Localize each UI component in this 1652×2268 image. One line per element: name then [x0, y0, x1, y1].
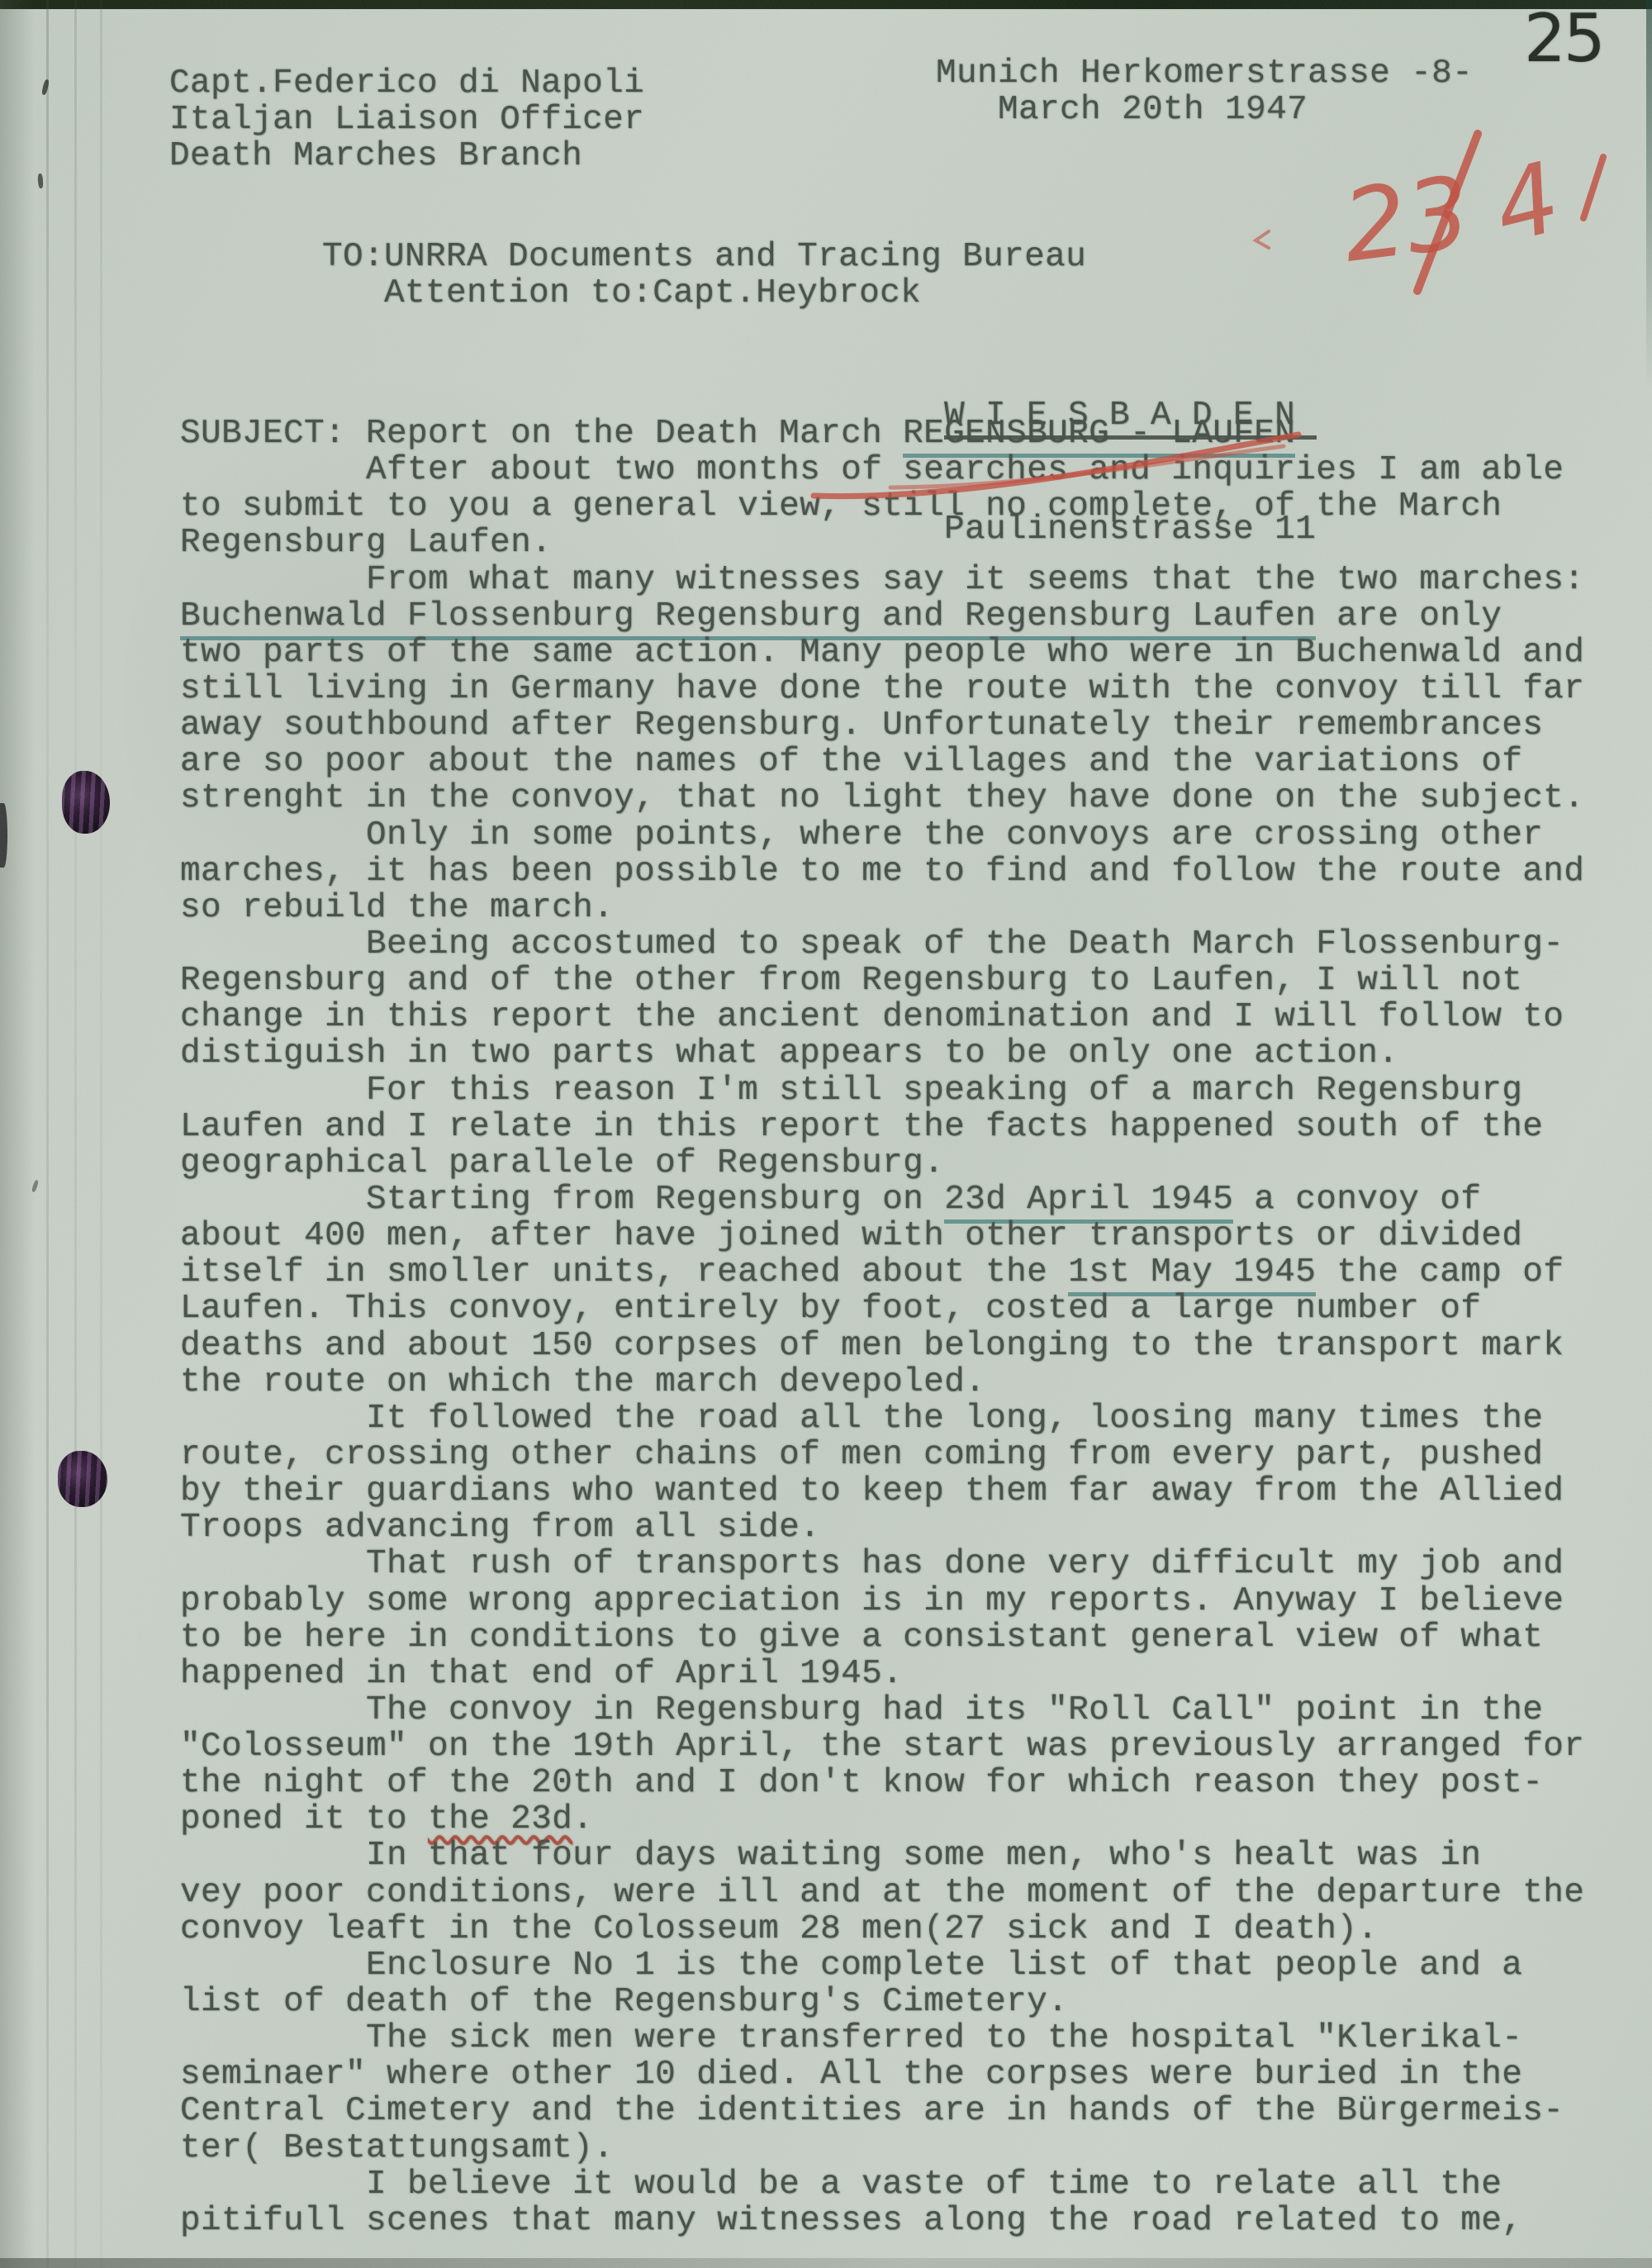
page-number: 25 [1524, 0, 1603, 77]
text-line: ter( Bestattungsamt). [180, 2130, 1584, 2166]
text-line: so rebuild the march. [180, 890, 1584, 926]
dateline-block: Munich Herkomerstrasse -8- March 20th 19… [936, 55, 1473, 127]
text-line: seminaer" where other 10 died. All the c… [180, 2056, 1584, 2093]
text-line: Capt.Federico di Napoli [169, 64, 644, 101]
recipient-block: TO:UNRRA Documents and Tracing Bureau At… [322, 238, 1086, 311]
text-line: Regensburg Laufen. [180, 525, 1584, 561]
text-line: Troops advancing from all side. [180, 1510, 1584, 1546]
text-line: itself in smoller units, reached about t… [180, 1254, 1584, 1291]
text-line: distiguish in two parts what appears to … [180, 1035, 1584, 1072]
text-line: two parts of the same action. Many peopl… [180, 635, 1584, 671]
text-line: list of death of the Regensburg's Cimete… [180, 1984, 1584, 2020]
text-line: For this reason I'm still speaking of a … [180, 1072, 1584, 1109]
text-line: From what many witnesses say it seems th… [180, 562, 1584, 598]
text-line: Attention to:Capt.Heybrock [322, 274, 1086, 311]
text-line: It followed the road all the long, loosi… [180, 1400, 1584, 1437]
text-line: Buchenwald Flossenburg Regensburg and Re… [180, 598, 1584, 635]
text-line: I believe it would be a vaste of time to… [180, 2166, 1584, 2203]
text-line: away southbound after Regensburg. Unfort… [180, 707, 1584, 744]
text-line: Death Marches Branch [169, 137, 644, 174]
text-line: Laufen and I relate in this report the f… [180, 1109, 1584, 1145]
text-line: Italjan Liaison Officer [169, 101, 644, 137]
text-line: Enclosure No 1 is the complete list of t… [180, 1947, 1584, 1984]
text-line: Laufen. This convoy, entirely by foot, c… [180, 1291, 1584, 1327]
text-line: The sick men were transferred to the hos… [180, 2020, 1584, 2056]
scan-edge-bottom [0, 2258, 1652, 2268]
scan-edge-right [1646, 0, 1652, 388]
sender-block: Capt.Federico di NapoliItaljan Liaison O… [169, 64, 644, 174]
text-line: TO:UNRRA Documents and Tracing Bureau [322, 238, 1086, 274]
text-line: geographical parallele of Regensburg. [180, 1145, 1584, 1182]
folio-stamp-23: 23 [1337, 155, 1477, 285]
letter-body: SUBJECT: Report on the Death March REGEN… [180, 416, 1584, 2239]
text-line: the night of the 20th and I don't know f… [180, 1765, 1584, 1801]
paper-fold-line [74, 0, 77, 2268]
document-page: 25 Capt.Federico di NapoliItaljan Liaiso… [0, 0, 1652, 2268]
text-line: Regensburg and of the other from Regensb… [180, 963, 1584, 999]
text-line: March 20th 1947 [936, 91, 1473, 127]
text-line: to be here in conditions to give a consi… [180, 1619, 1584, 1656]
text-line: "Colosseum" on the 19th April, the start… [180, 1728, 1584, 1765]
scan-edge-top [0, 0, 1652, 9]
text-line: are so poor about the names of the villa… [180, 744, 1584, 780]
underlined-text: the 23d [428, 1800, 572, 1838]
hole-punch [58, 1451, 107, 1507]
text-line: change in this report the ancient denomi… [180, 999, 1584, 1035]
text-line: Starting from Regensburg on 23d April 19… [180, 1182, 1584, 1218]
text-line: by their guardians who wanted to keep th… [180, 1473, 1584, 1510]
text-line: the route on which the march devepoled. [180, 1364, 1584, 1400]
text-line: strenght in the convoy, that no light th… [180, 780, 1584, 816]
left-shadow-band [0, 0, 35, 2268]
text-line: vey poor conditions, were ill and at the… [180, 1875, 1584, 1911]
hole-punch [62, 771, 110, 834]
text-line: probably some wrong appreciation is in m… [180, 1583, 1584, 1619]
text-line: Only in some points, where the convoys a… [180, 817, 1584, 853]
text-line: pitifull scenes that many witnesses alon… [180, 2203, 1584, 2239]
text-line: Beeing accostumed to speak of the Death … [180, 926, 1584, 963]
text-line: Munich Herkomerstrasse -8- [936, 55, 1473, 91]
ink-mark [37, 174, 43, 188]
text-line: deaths and about 150 corpses of men belo… [180, 1328, 1584, 1364]
text-line: Central Cimetery and the identities are … [180, 2093, 1584, 2129]
text-line: In that four days waiting some men, who'… [180, 1838, 1584, 1874]
text-line: route, crossing other chains of men comi… [180, 1437, 1584, 1473]
paper-fold-line [46, 0, 49, 2268]
text-line: After about two months of searches and i… [180, 452, 1584, 488]
text-line: still living in Germany have done the ro… [180, 671, 1584, 707]
text-line: to submit to you a general view, still n… [180, 488, 1584, 525]
text-line: The convoy in Regensburg had its "Roll C… [180, 1692, 1584, 1728]
paper-fold-line [100, 0, 102, 2268]
text-line: about 400 men, after have joined with ot… [180, 1218, 1584, 1254]
text-line: That rush of transports has done very di… [180, 1546, 1584, 1582]
text-line: poned it to the 23d. [180, 1801, 1584, 1838]
text-line: happened in that end of April 1945. [180, 1656, 1584, 1692]
text-line: SUBJECT: Report on the Death March REGEN… [180, 416, 1584, 452]
text-line: convoy leaft in the Colosseum 28 men(27 … [180, 1911, 1584, 1947]
folio-stamp-4: 4 [1483, 140, 1570, 265]
text-line: marches, it has been possible to me to f… [180, 853, 1584, 890]
